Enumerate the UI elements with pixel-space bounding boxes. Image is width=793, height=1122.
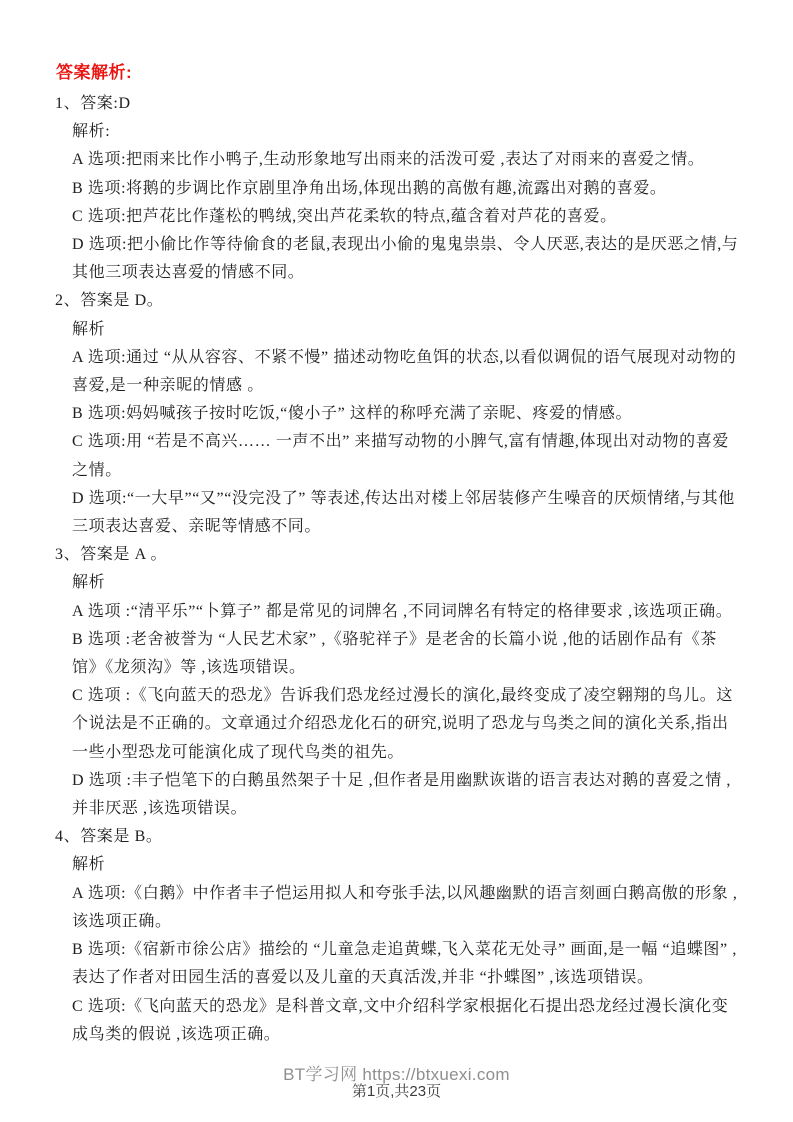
- option-paragraph-b: B 选项 :老舍被誉为 “人民艺术家” ,《骆驼祥子》是老舍的长篇小说 ,他的话…: [72, 626, 742, 682]
- option-paragraph-a: A 选项:把雨来比作小鸭子,生动形象地写出雨来的活泼可爱 ,表达了对雨来的喜爱之…: [72, 146, 742, 174]
- option-paragraph-c: C 选项:《飞向蓝天的恐龙》是科普文章,文中介绍科学家根据化石提出恐龙经过漫长演…: [72, 993, 742, 1049]
- document-page: 答案解析: 1、答案:D 解析: A 选项:把雨来比作小鸭子,生动形象地写出雨来…: [0, 58, 793, 1049]
- analysis-label: 解析: [72, 316, 793, 344]
- answer-line: 2、答案是 D。: [55, 287, 793, 315]
- answer-line: 1、答案:D: [55, 90, 793, 118]
- page-title: 答案解析:: [56, 58, 793, 88]
- option-paragraph-a: A 选项:通过 “从从容容、不紧不慢” 描述动物吃鱼饵的状态,以看似调侃的语气展…: [72, 344, 742, 400]
- answer-section-4: 4、答案是 B。 解析 A 选项:《白鹅》中作者丰子恺运用拟人和夸张手法,以风趣…: [0, 823, 793, 1049]
- answer-line: 3、答案是 A 。: [55, 541, 793, 569]
- option-paragraph-b: B 选项:妈妈喊孩子按时吃饭,“傻小子” 这样的称呼充满了亲昵、疼爱的情感。: [72, 400, 742, 428]
- option-paragraph-b: B 选项:《宿新市徐公店》描绘的 “儿童急走追黄蝶,飞入菜花无处寻” 画面,是一…: [72, 936, 742, 992]
- analysis-label: 解析:: [72, 118, 793, 146]
- answer-section-2: 2、答案是 D。 解析 A 选项:通过 “从从容容、不紧不慢” 描述动物吃鱼饵的…: [0, 287, 793, 541]
- analysis-label: 解析: [72, 851, 793, 879]
- page-indicator: 第1页,共23页: [0, 1084, 793, 1100]
- option-paragraph-c: C 选项:把芦花比作蓬松的鸭绒,突出芦花柔软的特点,蕴含着对芦花的喜爱。: [72, 203, 742, 231]
- option-paragraph-a: A 选项 :“清平乐”“卜算子” 都是常见的词牌名 ,不同词牌名有特定的格律要求…: [72, 598, 742, 626]
- option-paragraph-c: C 选项 :《飞向蓝天的恐龙》告诉我们恐龙经过漫长的演化,最终变成了凌空翱翔的鸟…: [72, 682, 742, 767]
- option-paragraph-d: D 选项:“一大早”“又”“没完没了” 等表述,传达出对楼上邻居装修产生噪音的厌…: [72, 485, 742, 541]
- answer-line: 4、答案是 B。: [55, 823, 793, 851]
- option-paragraph-d: D 选项:把小偷比作等待偷食的老鼠,表现出小偷的鬼鬼祟祟、令人厌恶,表达的是厌恶…: [72, 231, 742, 287]
- option-paragraph-c: C 选项:用 “若是不高兴…… 一声不出” 来描写动物的小脾气,富有情趣,体现出…: [72, 428, 742, 484]
- option-paragraph-b: B 选项:将鹅的步调比作京剧里净角出场,体现出鹅的高傲有趣,流露出对鹅的喜爱。: [72, 175, 742, 203]
- analysis-label: 解析: [72, 569, 793, 597]
- option-paragraph-a: A 选项:《白鹅》中作者丰子恺运用拟人和夸张手法,以风趣幽默的语言刻画白鹅高傲的…: [72, 880, 742, 936]
- watermark: BT学习网 https://btxuexi.com: [0, 1066, 793, 1084]
- option-paragraph-d: D 选项 :丰子恺笔下的白鹅虽然架子十足 ,但作者是用幽默诙谐的语言表达对鹅的喜…: [72, 767, 742, 823]
- answer-section-1: 1、答案:D 解析: A 选项:把雨来比作小鸭子,生动形象地写出雨来的活泼可爱 …: [0, 90, 793, 287]
- answer-section-3: 3、答案是 A 。 解析 A 选项 :“清平乐”“卜算子” 都是常见的词牌名 ,…: [0, 541, 793, 823]
